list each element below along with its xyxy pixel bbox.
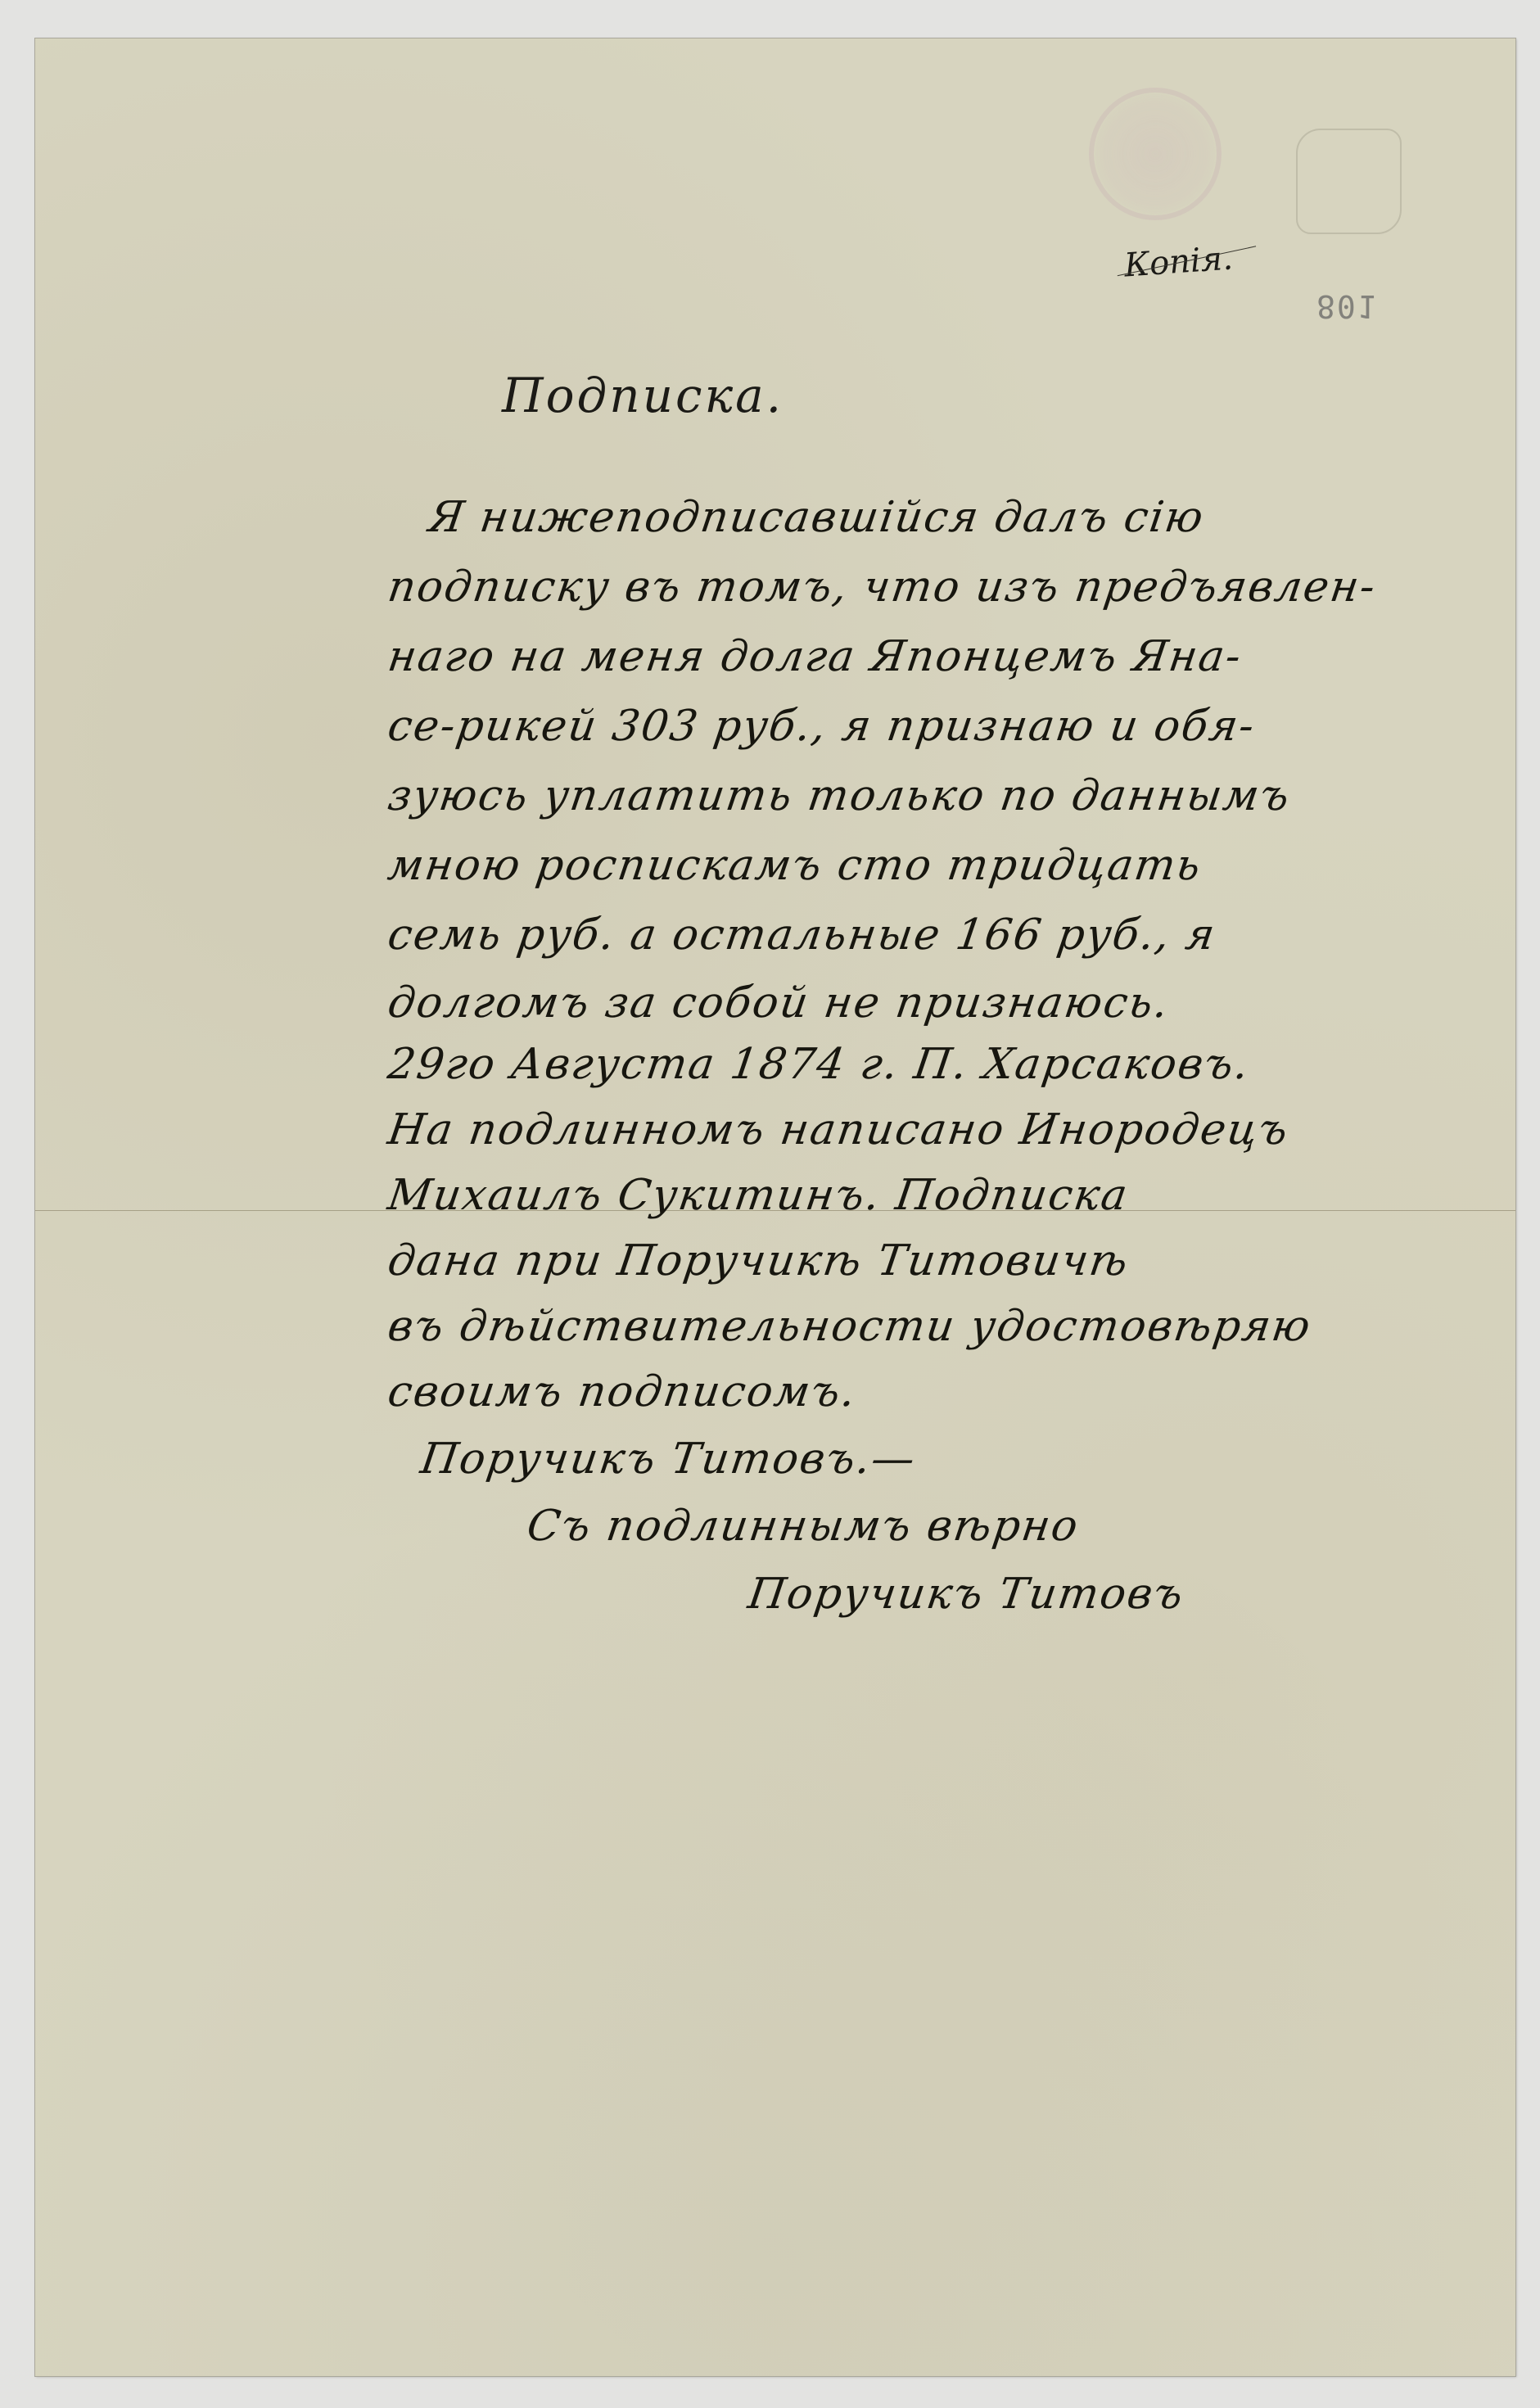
faded-round-stamp <box>1089 88 1222 220</box>
body-line: подписку въ томъ, что изъ предъявлен- <box>385 562 1380 612</box>
body-line: семь руб. а остальные 166 руб., я <box>385 910 1219 960</box>
body-line: мною роспискамъ сто тридцать <box>385 841 1205 890</box>
body-line: На подлинномъ написано Инородецъ <box>385 1105 1292 1154</box>
body-line: въ дѣйствительности удостовѣряю <box>385 1302 1315 1351</box>
signature-line: Поручикъ Титовъ <box>745 1570 1187 1619</box>
body-line: зуюсь уплатить только по даннымъ <box>385 771 1294 820</box>
document-page: 801 Копія. Подписка. Я нижеподписавшійся… <box>35 38 1515 2376</box>
certification-line: Съ подлиннымъ вѣрно <box>524 1502 1082 1551</box>
body-line: Михаилъ Сукитинъ. Подписка <box>385 1171 1131 1220</box>
body-line: долгомъ за собой не признаюсь. <box>385 978 1172 1028</box>
signature-line: Поручикъ Титовъ.— <box>418 1434 919 1484</box>
body-line: 29го Августа 1874 г. П. Харсаковъ. <box>385 1040 1253 1089</box>
body-line: дана при Поручикѣ Титовичѣ <box>385 1236 1132 1285</box>
archive-page-number: 801 <box>1316 288 1378 324</box>
faded-octagonal-stamp <box>1296 129 1402 234</box>
document-title: Подписка. <box>502 368 784 423</box>
body-line: наго на меня долга Японцемъ Яна- <box>385 632 1245 681</box>
body-line: се-рикей 303 руб., я признаю и обя- <box>385 702 1258 751</box>
body-line: своимъ подписомъ. <box>385 1367 860 1416</box>
body-line: Я нижеподписавшійся далъ сію <box>426 493 1208 542</box>
copy-mark: Копія. <box>1123 239 1235 284</box>
